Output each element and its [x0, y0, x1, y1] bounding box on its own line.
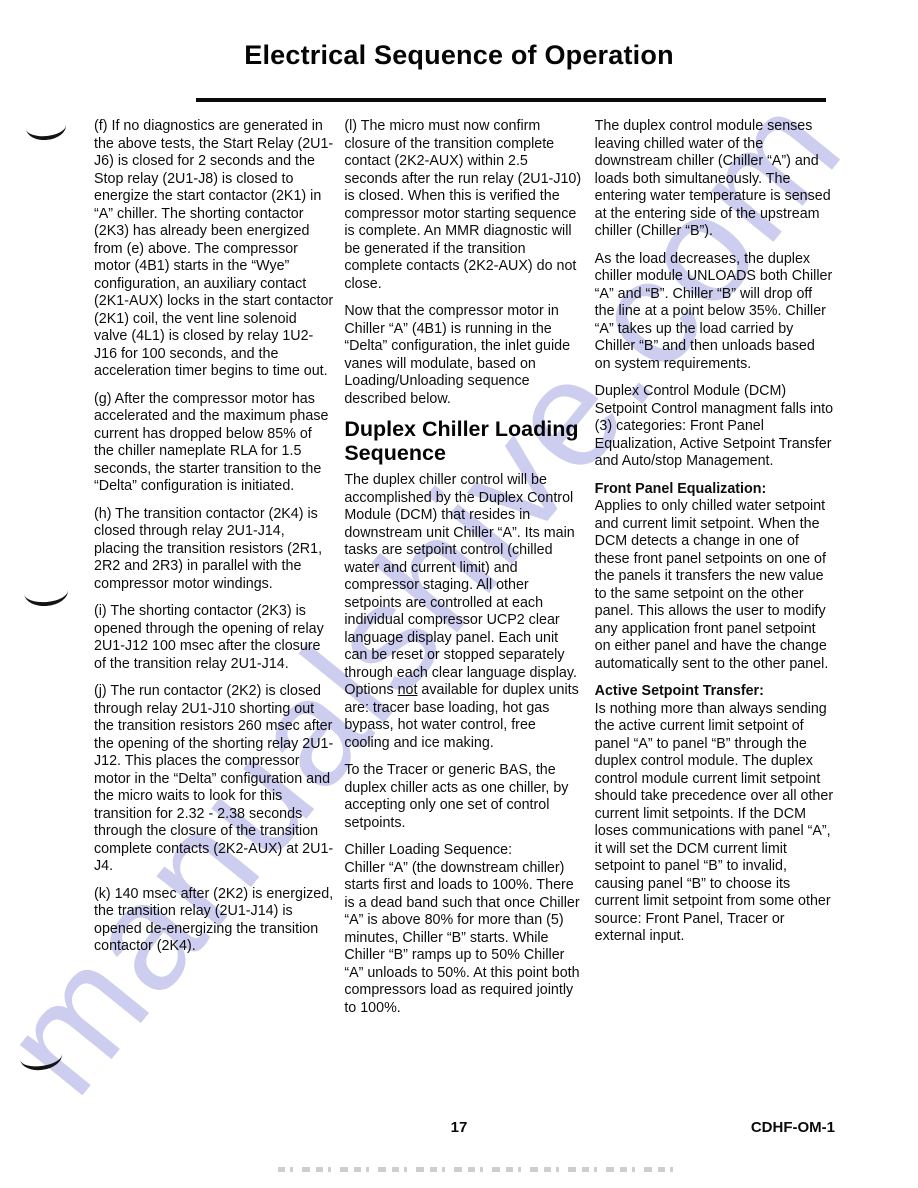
text-columns: (f) If no diagnostics are generated in t…: [94, 118, 834, 1027]
subheading-front-panel-equalization: Front Panel Equalization:: [595, 481, 834, 499]
paragraph-k: (k) 140 msec after (2K2) is energized, t…: [94, 886, 333, 956]
binding-mark-middle: [23, 576, 69, 608]
paragraph-chiller-loading-sequence: Chiller Loading Sequence: Chiller “A” (t…: [344, 842, 583, 1017]
paragraph-active-setpoint-transfer: Is nothing more than always sending the …: [595, 701, 834, 946]
page-title: Electrical Sequence of Operation: [0, 40, 918, 71]
paragraph-dcm-setpoint: Duplex Control Module (DCM) Setpoint Con…: [595, 383, 834, 471]
paragraph-duplex-senses: The duplex control module senses leaving…: [595, 118, 834, 241]
paragraph-j: (j) The run contactor (2K2) is closed th…: [94, 683, 333, 876]
binding-mark-bottom: [18, 1041, 63, 1073]
binding-mark-top: [25, 112, 67, 142]
title-rule: [196, 98, 826, 102]
paragraph-f: (f) If no diagnostics are generated in t…: [94, 118, 333, 381]
paragraph-g: (g) After the compressor motor has accel…: [94, 391, 333, 496]
paragraph-load-decreases: As the load decreases, the duplex chille…: [595, 251, 834, 374]
underlined-not: not: [398, 682, 418, 698]
paragraph-duplex-control: The duplex chiller control will be accom…: [344, 472, 583, 752]
column-2: (l) The micro must now confirm closure o…: [344, 118, 583, 1027]
subheading-active-setpoint-transfer: Active Setpoint Transfer:: [595, 683, 834, 701]
paragraph-i: (i) The shorting contactor (2K3) is open…: [94, 603, 333, 673]
column-3: The duplex control module senses leaving…: [595, 118, 834, 1027]
duplex-text-before: The duplex chiller control will be accom…: [344, 472, 577, 698]
cutoff-text-artifact: [278, 1167, 682, 1172]
paragraph-l: (l) The micro must now confirm closure o…: [344, 118, 583, 293]
column-1: (f) If no diagnostics are generated in t…: [94, 118, 333, 1027]
section-heading-duplex-chiller-loading-sequence: Duplex Chiller Loading Sequence: [344, 418, 583, 465]
scanned-manual-page: manualshive.com Electrical Sequence of O…: [0, 0, 918, 1188]
paragraph-now-that: Now that the compressor motor in Chiller…: [344, 303, 583, 408]
document-code: CDHF-OM-1: [751, 1119, 835, 1136]
paragraph-h: (h) The transition contactor (2K4) is cl…: [94, 506, 333, 594]
paragraph-tracer-bas: To the Tracer or generic BAS, the duplex…: [344, 762, 583, 832]
paragraph-front-panel-equalization: Applies to only chilled water setpoint a…: [595, 498, 834, 673]
